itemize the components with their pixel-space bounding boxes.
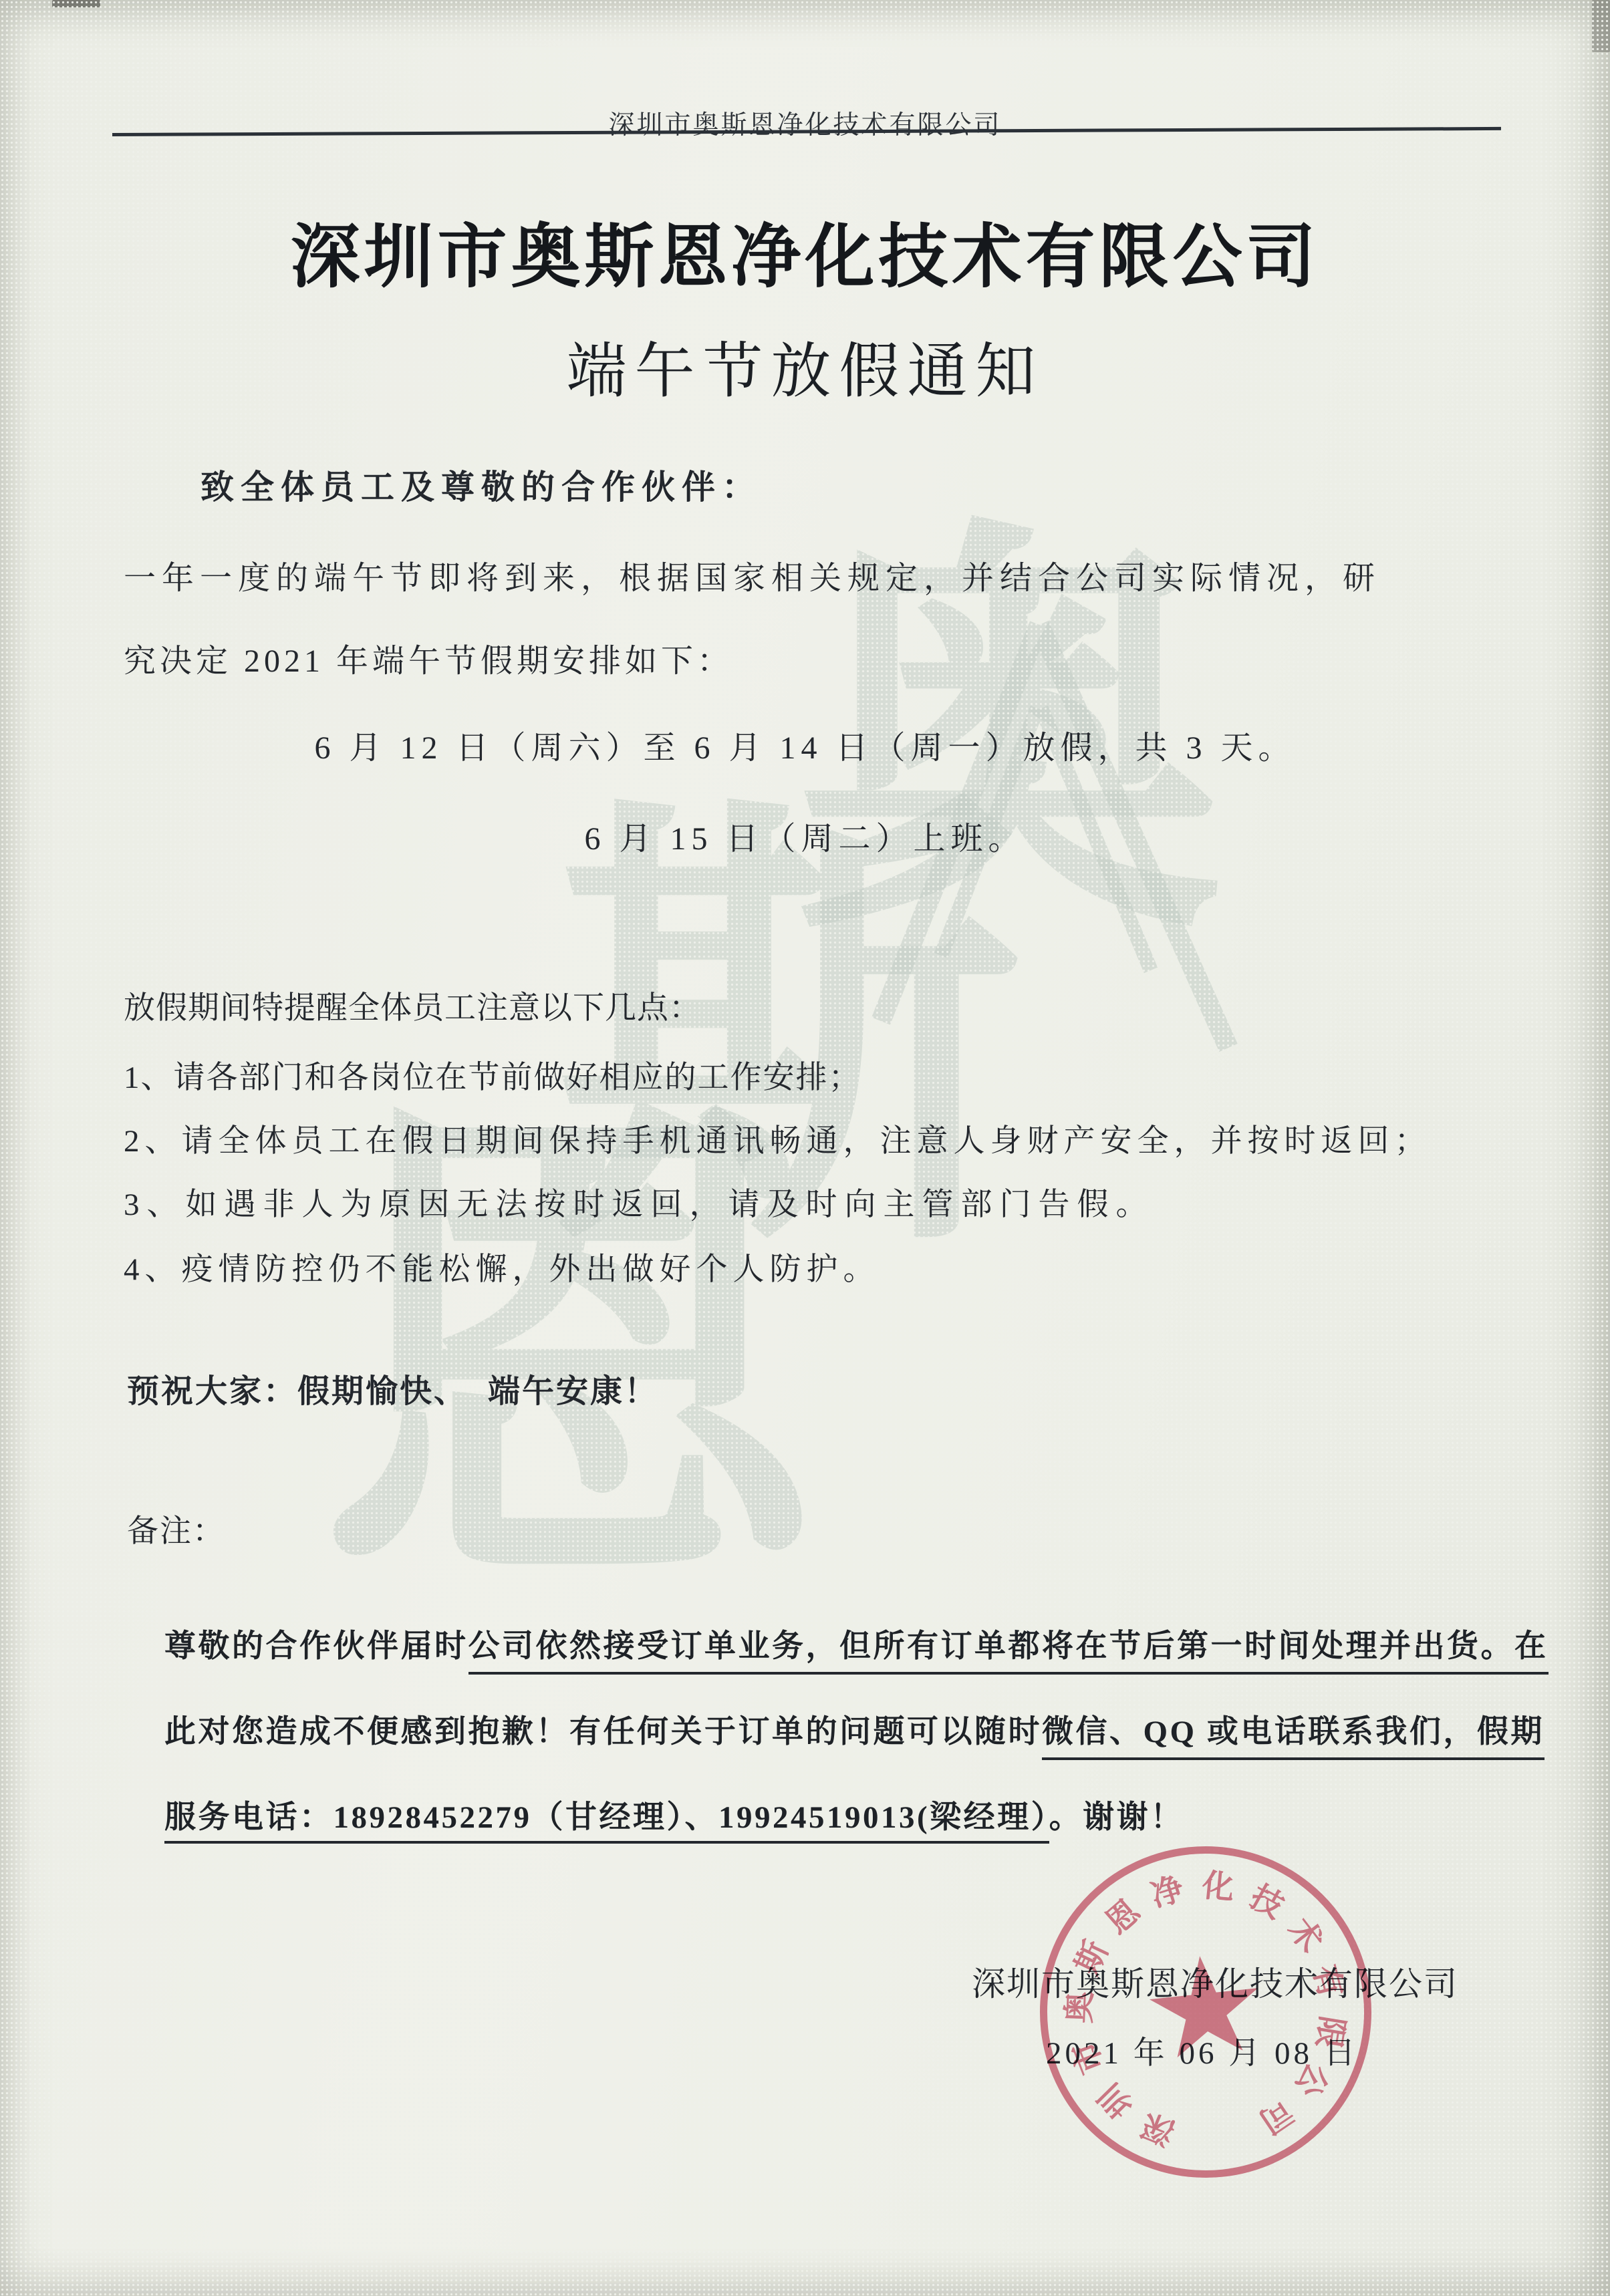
note-item-4: 4、疫情防控仍不能松懈，外出做好个人防护。 <box>124 1250 880 1290</box>
remark-line-2-plain: 此对您造成不便感到抱歉！有任何关于订单的问题可以随时 <box>164 1715 1042 1749</box>
remark-line-3-underlined: 服务电话：18928452279（甘经理）、19924519013(梁经理） <box>164 1800 1049 1844</box>
seal-ring-char: 圳 <box>1086 2075 1142 2130</box>
document-subtitle: 端午节放假通知 <box>0 322 1610 409</box>
scan-artifact-top-right <box>1592 0 1610 52</box>
seal-ring-char: 技 <box>1243 1872 1293 1928</box>
signature-company: 深圳市奥斯恩净化技术有限公司 <box>972 1963 1458 2005</box>
scan-artifact-top-left <box>52 0 100 7</box>
workday-line: 6 月 15 日（周二）上班。 <box>0 819 1610 859</box>
signature-date: 2021 年 06 月 08 日 <box>1046 2034 1359 2073</box>
intro-line-2: 究决定 2021 年端午节假期安排如下： <box>124 641 733 682</box>
note-item-3: 3、如遇非人为原因无法按时返回，请及时向主管部门告假。 <box>124 1185 1155 1225</box>
seal-ring-text: 深圳市奥斯恩净化技术有限公司 <box>1032 1838 1380 2186</box>
company-seal: 深圳市奥斯恩净化技术有限公司 <box>1023 1830 1387 2194</box>
intro-line-1: 一年一度的端午节即将到来，根据国家相关规定，并结合公司实际情况，研 <box>124 559 1381 599</box>
remark-label: 备注： <box>127 1512 225 1552</box>
letterhead-company: 深圳市奥斯恩净化技术有限公司 <box>0 104 1610 142</box>
wishes-line: 预祝大家：假期愉快、 端午安康！ <box>127 1372 658 1412</box>
holiday-dates-line: 6 月 12 日（周六）至 6 月 14 日（周一）放假，共 3 天。 <box>0 728 1610 768</box>
seal-ring-char: 术 <box>1280 1906 1336 1960</box>
remark-line-1-plain: 尊敬的合作伙伴届时 <box>164 1629 468 1664</box>
remark-line-3-plain: 。谢谢！ <box>1049 1800 1184 1835</box>
document-title: 深圳市奥斯恩净化技术有限公司 <box>0 200 1610 301</box>
remark-line-1-underlined: 公司依然接受订单业务，但所有订单都将在节后第一时间处理并出货。在 <box>468 1629 1549 1675</box>
notes-heading: 放假期间特提醒全体员工注意以下几点： <box>124 989 701 1028</box>
remark-line-2-underlined: 微信、QQ 或电话联系我们，假期 <box>1042 1715 1545 1760</box>
note-item-2: 2、请全体员工在假日期间保持手机通讯畅通，注意人身财产安全，并按时返回； <box>124 1122 1432 1161</box>
note-item-1: 1、请各部门和各岗位在节前做好相应的工作安排； <box>124 1058 861 1098</box>
seal-ring-char: 司 <box>1252 2091 1304 2147</box>
remark-line-3: 服务电话：18928452279（甘经理）、19924519013(梁经理）。谢… <box>124 1759 1184 1876</box>
seal-ring-char: 恩 <box>1093 1887 1148 1943</box>
document-page: 奥 斯 恩 深圳市奥斯恩净化技术有限公司 深圳市奥斯恩净化技术有限公司 端午节放… <box>0 0 1610 2296</box>
seal-ring-char: 深 <box>1134 2104 1181 2159</box>
seal-ring-char: 化 <box>1200 1859 1237 1908</box>
salutation: 致全体员工及尊敬的合作伙伴： <box>200 466 762 509</box>
